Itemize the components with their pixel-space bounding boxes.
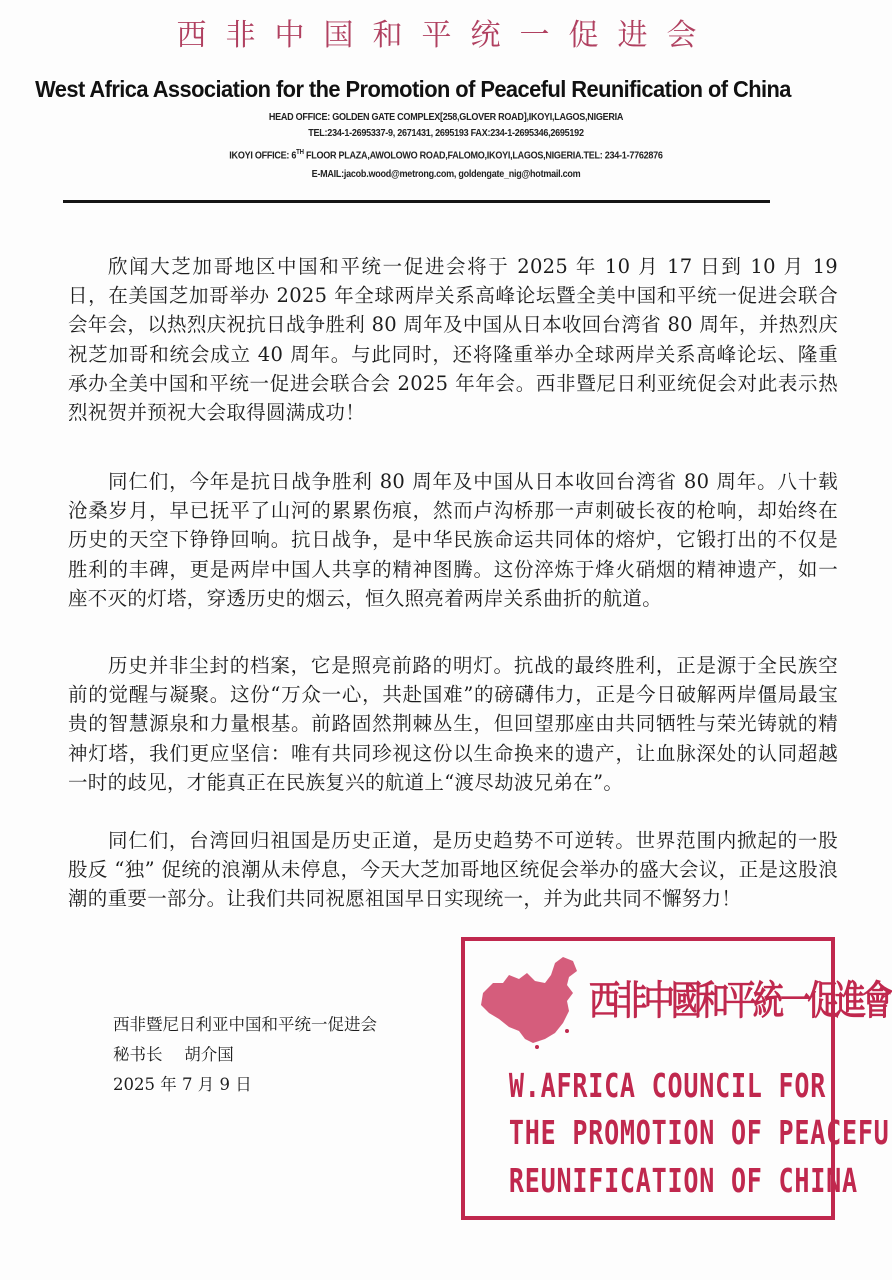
stamp-line-1: W.AFRICA COUNCIL FOR <box>509 1066 787 1105</box>
signature-date: 2025 年 7 月 9 日 <box>113 1070 377 1100</box>
china-map-icon <box>475 953 583 1049</box>
signature-title-name: 秘书长 胡介国 <box>113 1040 377 1070</box>
letter-body-2: 同仁们，今年是抗日战争胜利 80 周年及中国从日本收回台湾省 80 周年。八十载… <box>68 467 838 613</box>
letter-body-3: 历史并非尘封的档案，它是照亮前路的明灯。抗战的最终胜利，正是源于全民族空前的觉醒… <box>68 651 838 797</box>
head-office-address: HEAD OFFICE: GOLDEN GATE COMPLEX[258,GLO… <box>62 111 829 123</box>
paragraph-1: 欣闻大芝加哥地区中国和平统一促进会将于 2025 年 10 月 17 日到 10… <box>68 252 838 427</box>
stamp-text-cn: 西非中國和平統一促進會 <box>589 969 889 1026</box>
ikoyi-office-sup: TH <box>296 149 304 156</box>
ikoyi-office-address: IKOYI OFFICE: 6TH FLOOR PLAZA,AWOLOWO RO… <box>62 149 829 162</box>
ikoyi-office-rest: FLOOR PLAZA,AWOLOWO ROAD,FALOMO,IKOYI,LA… <box>304 150 663 162</box>
letterhead-divider <box>63 200 770 203</box>
signature-organization: 西非暨尼日利亚中国和平统一促进会 <box>113 1010 377 1040</box>
paragraph-2: 同仁们，今年是抗日战争胜利 80 周年及中国从日本收回台湾省 80 周年。八十载… <box>68 467 838 613</box>
head-office-phone: TEL:234-1-2695337-9, 2671431, 2695193 FA… <box>62 127 829 139</box>
email-line: E-MAIL:jacob.wood@metrong.com, goldengat… <box>62 168 829 180</box>
letterhead-title-en: West Africa Association for the Promotio… <box>29 76 797 103</box>
signature-block: 西非暨尼日利亚中国和平统一促进会 秘书长 胡介国 2025 年 7 月 9 日 <box>113 1010 377 1100</box>
letter-body-4: 同仁们，台湾回归祖国是历史正道，是历史趋势不可逆转。世界范围内掀起的一股股反 “… <box>68 826 838 914</box>
official-seal-stamp: 西非中國和平統一促進會 W.AFRICA COUNCIL FOR THE PRO… <box>461 937 835 1220</box>
letterhead-title-cn: 西非中国和平统一促进会 <box>0 10 892 54</box>
stamp-line-2: THE PROMOTION OF PEACEFUL <box>509 1113 787 1152</box>
letter-body: 欣闻大芝加哥地区中国和平统一促进会将于 2025 年 10 月 17 日到 10… <box>68 252 838 427</box>
ikoyi-office-prefix: IKOYI OFFICE: 6 <box>229 150 296 162</box>
paragraph-3: 历史并非尘封的档案，它是照亮前路的明灯。抗战的最终胜利，正是源于全民族空前的觉醒… <box>68 651 838 797</box>
stamp-line-3: REUNIFICATION OF CHINA <box>509 1161 787 1200</box>
paragraph-4: 同仁们，台湾回归祖国是历史正道，是历史趋势不可逆转。世界范围内掀起的一股股反 “… <box>68 826 838 914</box>
